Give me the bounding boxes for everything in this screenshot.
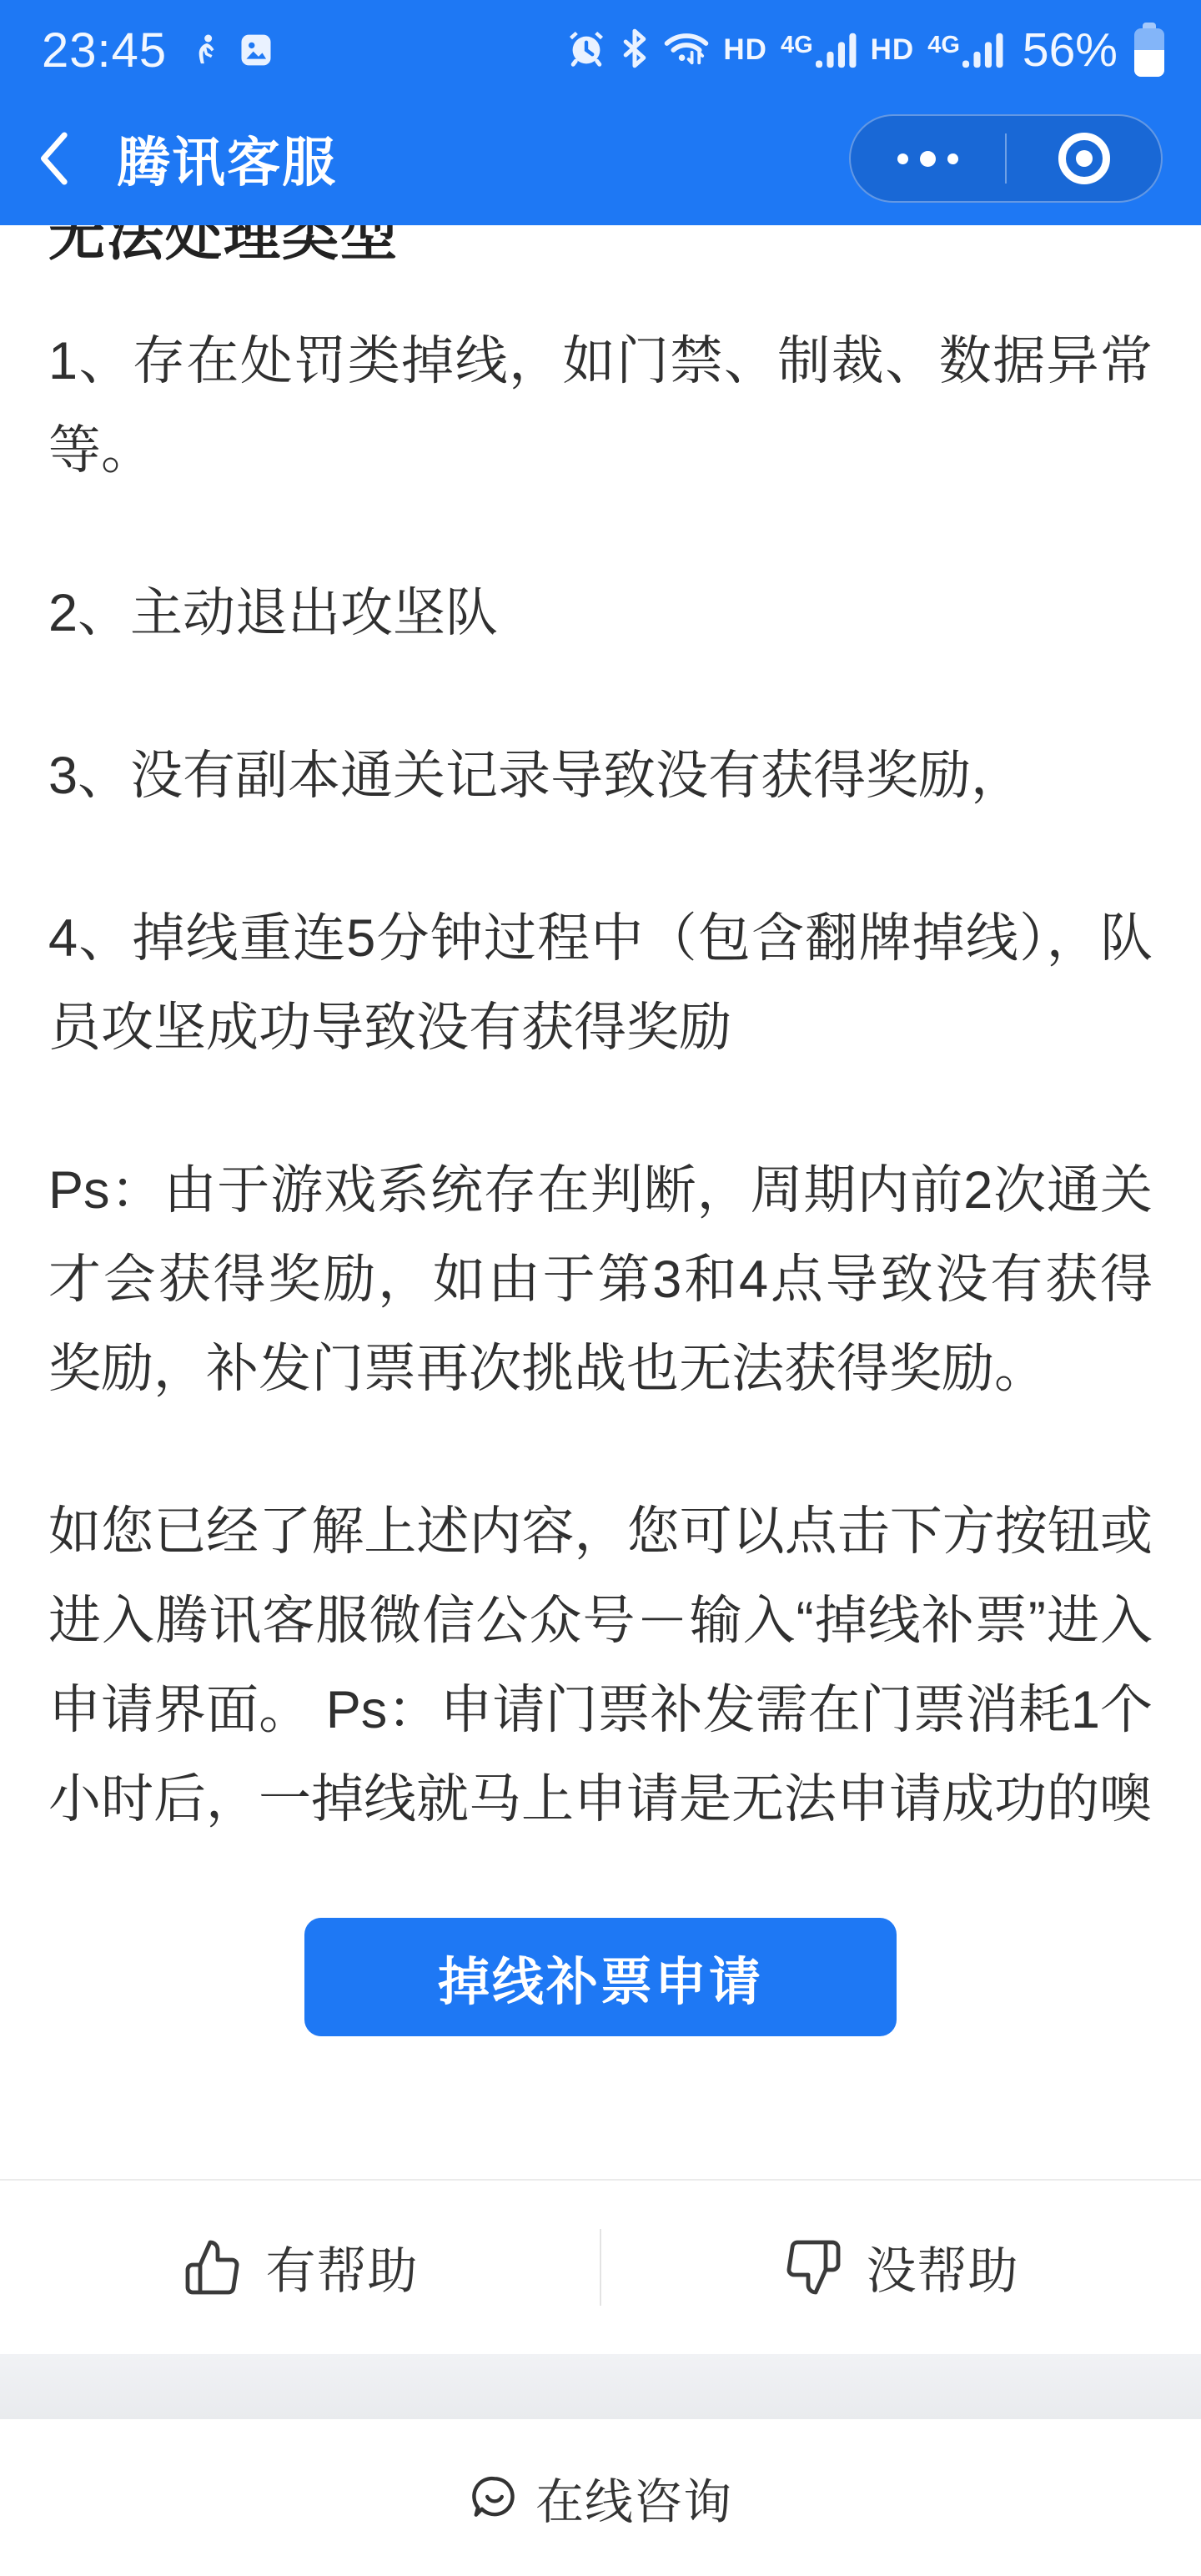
status-icons-right: HD 4G HD 4G 56% [566,23,1164,78]
clock-time: 23:45 [42,23,167,78]
article-heading-clipped: 无法处理类型 [48,225,1153,270]
article-paragraph: Ps：由于游戏系统存在判断，周期内前2次通关才会获得奖励，如由于第3和4点导致没… [48,1146,1153,1414]
gallery-notification-icon [239,32,274,68]
close-miniprogram-button[interactable] [1007,133,1161,184]
thumbs-up-icon [183,2237,243,2297]
article-paragraph: 1、存在处罚类掉线，如门禁、制裁、数据异常等。 [48,317,1153,496]
thumbs-down-icon [783,2237,843,2297]
hd-voice-icon-sim2: HD [871,33,915,67]
status-bar: 23:45 [0,0,1201,92]
notification-icons [188,32,274,68]
online-chat-button[interactable]: 在线咨询 [0,2419,1201,2576]
section-separator-band [0,2354,1201,2419]
hd-voice-icon: HD [723,33,767,67]
battery-icon [1134,23,1164,78]
chat-bubble-smile-icon [469,2472,520,2523]
article-content: 无法处理类型 1、存在处罚类掉线，如门禁、制裁、数据异常等。 2、主动退出攻坚队… [0,225,1201,2354]
alarm-icon [566,28,606,73]
helpful-label: 有帮助 [266,2231,419,2303]
article-paragraph: 3、没有副本通关记录导致没有获得奖励， [48,732,1153,821]
reissue-ticket-apply-button[interactable]: 掉线补票申请 [304,1918,897,2036]
apply-button-row: 掉线补票申请 [48,1918,1153,2036]
not-helpful-label: 没帮助 [867,2231,1019,2303]
back-button[interactable] [37,129,73,188]
article-paragraph: 如您已经了解上述内容，您可以点击下方按钮或进入腾讯客服微信公众号－输入“掉线补票… [48,1487,1153,1844]
signal-4g-icon-sim1: 4G [781,32,857,68]
battery-percent: 56% [1023,23,1118,78]
not-helpful-button[interactable]: 没帮助 [600,2231,1201,2303]
target-circle-icon [1058,133,1110,184]
wifi-icon [663,28,710,73]
article-paragraph: 2、主动退出攻坚队 [48,569,1153,658]
article-paragraph: 4、掉线重连5分钟过程中（包含翻牌掉线），队员攻坚成功导致没有获得奖励 [48,894,1153,1073]
back-chevron-icon [37,131,70,186]
feedback-vertical-divider [600,2229,601,2306]
nav-bar: 腾讯客服 [0,92,1201,225]
miniprogram-capsule [849,114,1163,203]
bluetooth-icon [620,28,650,73]
helpful-button[interactable]: 有帮助 [0,2231,600,2303]
online-chat-label: 在线咨询 [535,2463,732,2533]
more-options-button[interactable] [851,151,1005,167]
feedback-row: 有帮助 没帮助 [0,2181,1201,2354]
page-title: 腾讯客服 [117,120,337,197]
feedback-section: 有帮助 没帮助 [0,2179,1201,2354]
signal-4g-icon-sim2: 4G [927,32,1004,68]
person-notification-icon [188,32,222,68]
phone-screen: 23:45 [0,0,1201,2576]
more-dots-icon [897,151,958,167]
